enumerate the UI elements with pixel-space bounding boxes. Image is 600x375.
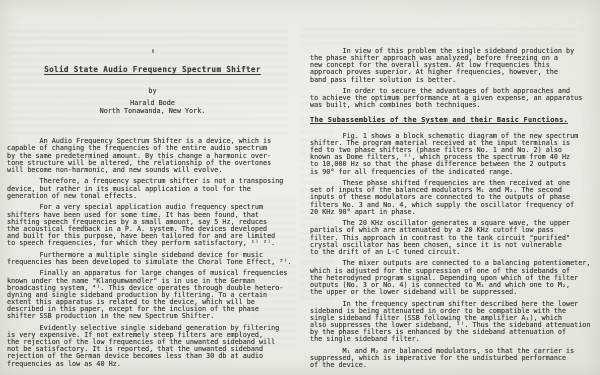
paragraph: The mixer outputs are connected to a bal… [310, 260, 599, 296]
byline: by [7, 88, 298, 95]
paragraph: In the frequency spectrum shifter descri… [310, 301, 599, 344]
left-column: Solid State Audio Frequency Spectrum Shi… [7, 66, 298, 372]
paragraph: Therefore, a frequency spectrum shifter … [7, 178, 298, 199]
paragraph: In view of this problem the single sideb… [310, 48, 599, 84]
paragraph: These phase shifted frequencies are then… [310, 180, 599, 216]
section-heading: The Subassemblies of the System and thei… [310, 117, 599, 124]
paragraph: An Audio Frequency Spectrum Shifter is a… [7, 138, 298, 174]
right-column: In view of this problem the single sideb… [310, 46, 599, 374]
paragraph: For a very special application audio fre… [7, 204, 298, 247]
paragraph: Evidently selective single sideband gene… [7, 325, 298, 368]
scanned-document-page: Solid State Audio Frequency Spectrum Shi… [0, 0, 600, 375]
paragraph: Fig. 1 shows a block schematic diagram o… [310, 133, 599, 176]
scan-artifact-mark [152, 49, 154, 53]
paragraph: Furthermore a multiple single sideband d… [7, 252, 298, 266]
paragraph: M₁ and M₂ are balanced modulators, so th… [310, 348, 599, 369]
author-location: North Tonawanda, New York. [7, 108, 298, 116]
paragraph: Finally an apparatus for large changes o… [7, 270, 298, 320]
paragraph: The 20 KHz oscillator generates a square… [310, 220, 599, 256]
paragraph: In order to secure the advantages of bot… [310, 88, 599, 109]
document-title: Solid State Audio Frequency Spectrum Shi… [7, 66, 298, 73]
